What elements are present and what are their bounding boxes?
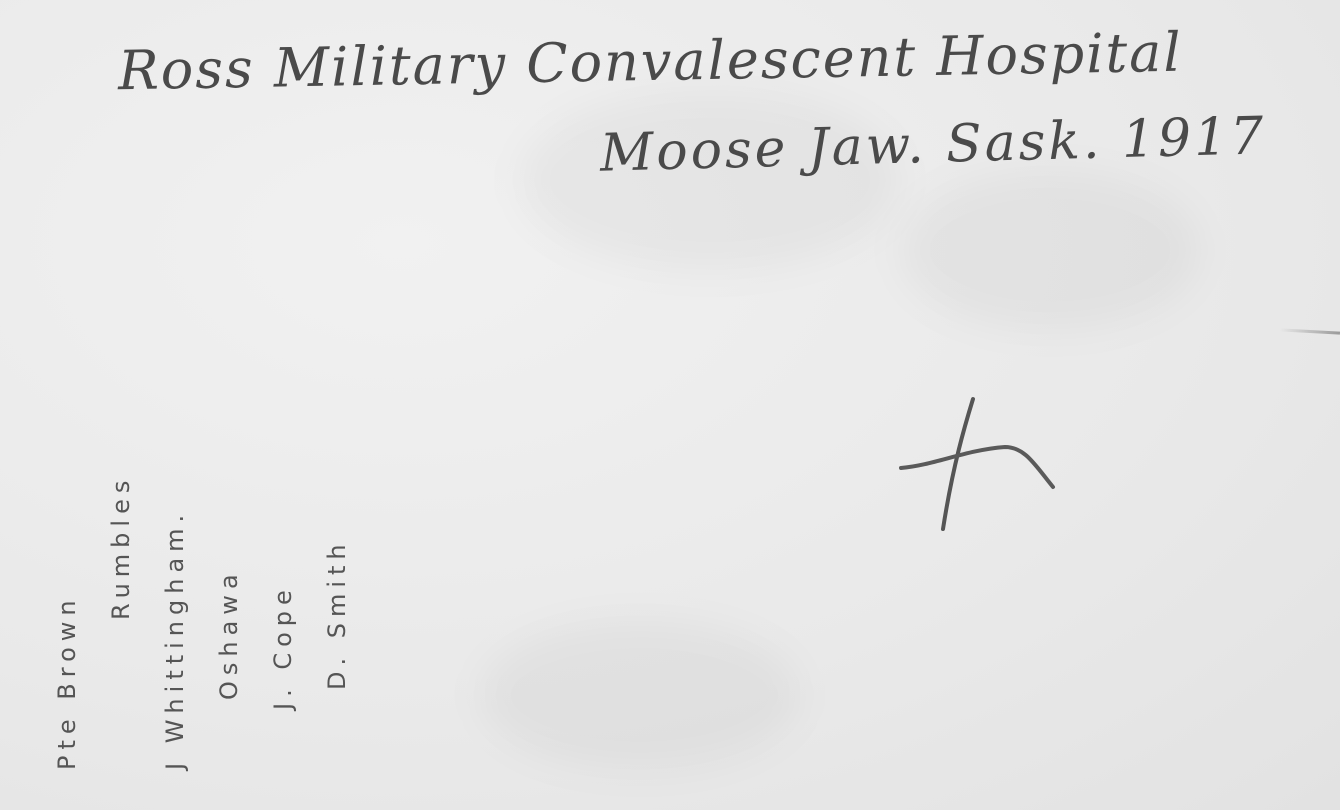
heading-hospital-name: Ross Military Convalescent Hospital	[118, 21, 1184, 103]
name-row: J. Cope	[256, 475, 310, 770]
paper-smudge	[900, 170, 1200, 330]
name-row: J Whittingham.	[148, 475, 202, 770]
name-row: Rumbles	[94, 475, 148, 770]
name-row: Pte Brown	[40, 475, 94, 770]
pencil-cross-mark-icon	[895, 395, 1065, 540]
paper-crease	[1280, 328, 1340, 334]
name-row: D. Smith	[310, 475, 364, 770]
postcard-back: Ross Military Convalescent Hospital Moos…	[0, 0, 1340, 810]
paper-smudge	[480, 620, 800, 770]
name-row: Oshawa	[202, 475, 256, 770]
names-list: Pte Brown Rumbles J Whittingham. Oshawa …	[40, 475, 364, 770]
